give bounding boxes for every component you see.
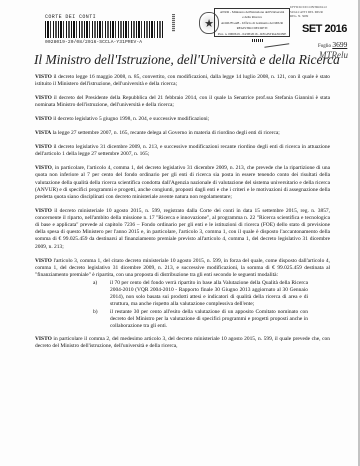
control-stamp-line: REG. N. 3699 <box>290 14 327 19</box>
paragraph-lead: VISTO <box>35 95 52 101</box>
barcode <box>45 21 164 38</box>
list-item: b) il restante 30 per cento all'esito de… <box>35 309 330 330</box>
paragraph-text: il decreto del Presidente della Repubbli… <box>35 95 330 108</box>
stamp-barcode <box>252 39 264 42</box>
paragraph-lead: VISTA <box>35 130 51 136</box>
paragraph-lead: VISTO <box>35 165 52 171</box>
foglio-number: 3699 <box>332 40 347 49</box>
list-marker: a) <box>93 280 97 287</box>
document-page: CORTE DEI CONTI 0028019-20/08/2016-SCCLA… <box>0 0 360 466</box>
paragraph: VISTO il decreto legislativo 31 dicembre… <box>35 144 330 158</box>
list-item-text: il restante 30 per cento all'esito della… <box>110 309 308 330</box>
paragraph: VISTO l'articolo 3, comma 1, del citato … <box>35 258 330 279</box>
paragraph-text: in particolare il comma 2, del medesimo … <box>35 336 330 349</box>
foglio-label: Foglio <box>318 44 331 49</box>
paragraph-lead: VISTO <box>35 208 52 214</box>
paragraph-lead: VISTO <box>35 74 52 80</box>
paragraph-text: il decreto legge 16 maggio 2008, n. 85, … <box>35 74 330 87</box>
foglio-stamp: Foglio 3699 <box>318 40 347 49</box>
paragraph: VISTO il decreto ministeriale 10 agosto … <box>35 208 330 251</box>
court-label: CORTE DEI CONTI <box>45 14 96 20</box>
control-stamp-line: UFFICIO DI CONTROLLO <box>290 5 327 10</box>
paragraph-lead: VISTO <box>35 336 52 342</box>
paragraph-text: il decreto legislativo 31 dicembre 2009,… <box>35 144 330 157</box>
paragraph: VISTO il decreto del Presidente della Re… <box>35 95 330 109</box>
vertical-stamp <box>172 14 175 32</box>
document-body: VISTO il decreto legge 16 maggio 2008, n… <box>35 74 330 357</box>
paragraph-lead: VISTO <box>35 258 52 264</box>
list-item-text: il 70 per cento del fondo verrà ripartit… <box>110 280 308 309</box>
signature-mark <box>264 38 290 47</box>
paragraph-text: , in particolare, l'articolo 4, comma 1,… <box>35 165 330 200</box>
list-marker: b) <box>93 309 98 316</box>
allocation-list: a) il 70 per cento del fondo verrà ripar… <box>35 280 330 330</box>
paragraph-text: la legge 27 settembre 2007, n. 165, reca… <box>51 130 280 136</box>
paragraph: VISTO il decreto legge 16 maggio 2008, n… <box>35 74 330 88</box>
paragraph-text: il decreto ministeriale 10 agosto 2015, … <box>35 208 330 250</box>
paragraph: VISTO il decreto legislativo 5 giugno 19… <box>35 116 330 123</box>
paragraph-lead: VISTO <box>35 116 52 122</box>
paragraph: VISTO in particolare il comma 2, del med… <box>35 336 330 350</box>
protocol-stamp-line: Prot. n. 0000619 - 04/08/2016 - REGISTRA… <box>215 32 289 37</box>
paragraph: VISTO, in particolare, l'articolo 4, com… <box>35 165 330 201</box>
ministry-title: Il Ministro dell'Istruzione, dell'Univer… <box>34 52 344 68</box>
date-stamp: SET 2016 <box>302 23 347 35</box>
paragraph: VISTA la legge 27 settembre 2007, n. 165… <box>35 130 330 137</box>
barcode-number: 0028019-20/08/2016-SCCLA-Y31PREV-A <box>45 40 142 45</box>
list-item: a) il 70 per cento del fondo verrà ripar… <box>35 280 330 309</box>
paragraph-text: l'articolo 3, comma 1, del citato decret… <box>35 258 330 278</box>
paragraph-lead: VISTO <box>35 144 52 150</box>
protocol-stamp: ANUR - Ministero dell'istruzione dell'Un… <box>214 8 290 37</box>
paragraph-text: il decreto legislativo 5 giugno 1998, n.… <box>52 116 209 122</box>
control-office-stamp: UFFICIO DI CONTROLLO SUGLI ATTI DEL MIUR… <box>290 5 327 19</box>
